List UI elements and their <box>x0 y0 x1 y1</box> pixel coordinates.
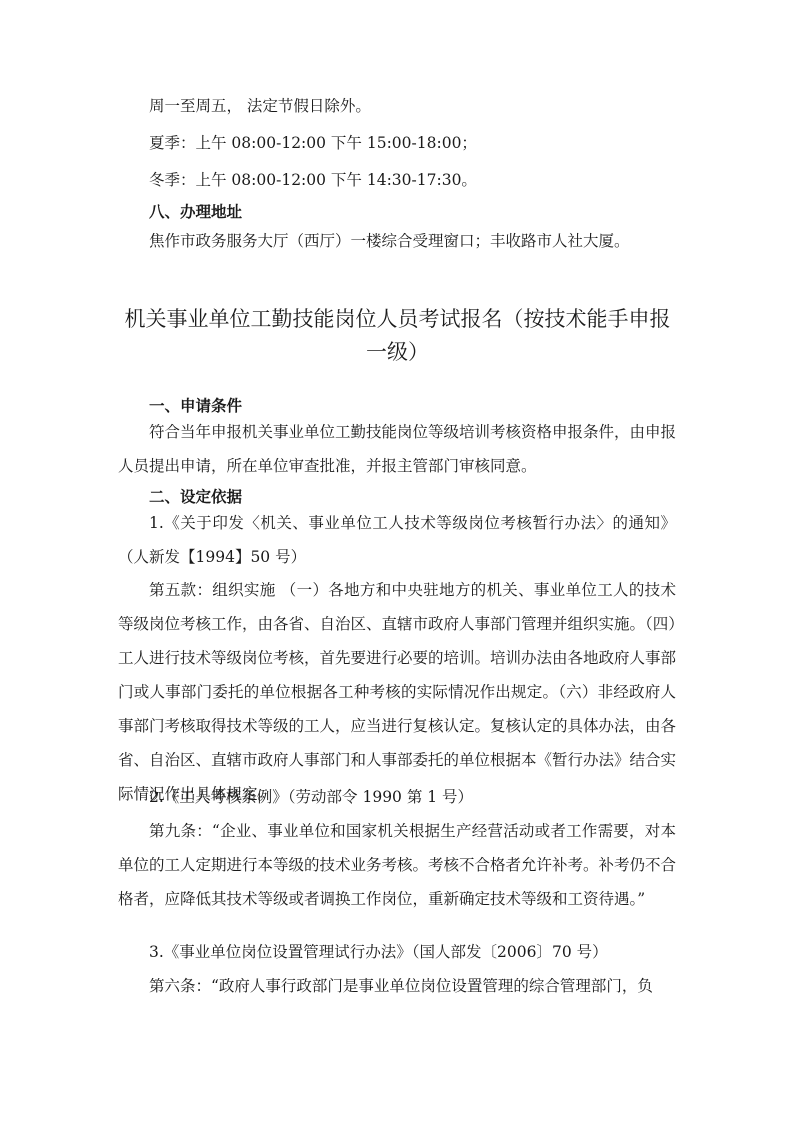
reference-3-title: 3.《事业单位岗位设置管理试行办法》（国人部发〔2006〕70 号） <box>118 935 676 969</box>
document-page: 周一至周五， 法定节假日除外。 夏季：上午 08:00-12:00 下午 15:… <box>0 0 793 1122</box>
reference-1-body: 第五款：组织实施 （一）各地方和中央驻地方的机关、事业单位工人的技术等级岗位考核… <box>118 573 676 811</box>
section-1-heading: 一、申请条件 <box>149 396 242 416</box>
address-text: 焦作市政务服务大厅（西厅）一楼综合受理窗口；丰收路市人社大厦。 <box>149 231 630 251</box>
document-title-line1: 机关事业单位工勤技能岗位人员考试报名（按技术能手申报 <box>110 303 685 335</box>
section-1-body: 符合当年申报机关事业单位工勤技能岗位等级培训考核资格申报条件，由申报人员提出申请… <box>118 415 676 483</box>
winter-hours: 冬季：上午 08:00-12:00 下午 14:30-17:30。 <box>149 170 477 190</box>
reference-1-title: 1.《关于印发〈机关、事业单位工人技术等级岗位考核暂行办法〉的通知》（人新发【1… <box>118 506 676 574</box>
hours-line: 周一至周五， 法定节假日除外。 <box>149 96 371 116</box>
section-8-heading: 八、办理地址 <box>149 202 242 222</box>
document-title-line2: 一级） <box>110 336 685 368</box>
reference-2-body: 第九条：“企业、事业单位和国家机关根据生产经营活动或者工作需要，对本单位的工人定… <box>118 814 676 916</box>
reference-3-body: 第六条：“政府人事行政部门是事业单位岗位设置管理的综合管理部门，负 <box>118 969 676 1003</box>
section-2-heading: 二、设定依据 <box>149 487 242 507</box>
reference-2-title: 2.《工人考核条例》（劳动部令 1990 第 1 号） <box>118 780 676 814</box>
summer-hours: 夏季：上午 08:00-12:00 下午 15:00-18:00； <box>149 133 477 153</box>
